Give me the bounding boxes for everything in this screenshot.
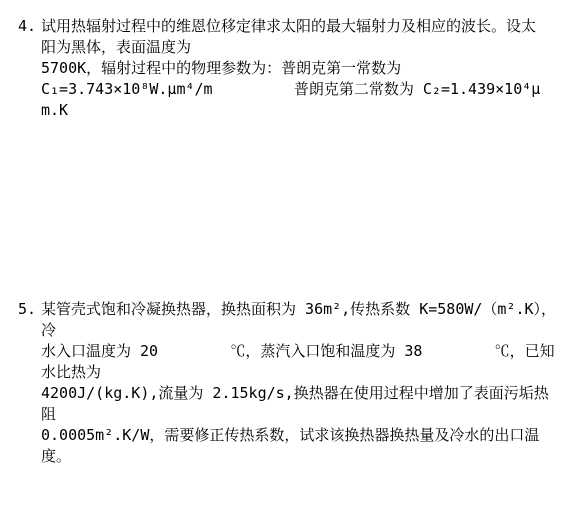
problem-5-line-1: 某管壳式饱和冷凝换热器，换热面积为 36m²,传热系数 K=580W/（m².K… bbox=[41, 299, 558, 341]
problem-5: 5. 某管壳式饱和冷凝换热器，换热面积为 36m²,传热系数 K=580W/（m… bbox=[18, 299, 558, 467]
problem-4-line-2: 阳为黑体，表面温度为 bbox=[41, 37, 558, 58]
problem-5-line-3: 4200J/(kg.K),流量为 2.15kg/s,换热器在使用过程中增加了表面… bbox=[41, 383, 558, 425]
problem-4-line-4: C₁=3.743×10⁸W.μm⁴/m 普朗克第二常数为 C₂=1.439×10… bbox=[41, 79, 558, 121]
problem-5-line-2: 水入口温度为 20 ℃，蒸汽入口饱和温度为 38 ℃，已知水比热为 bbox=[41, 341, 558, 383]
problem-4-line-3: 5700K，辐射过程中的物理参数为：普朗克第一常数为 bbox=[41, 58, 558, 79]
problem-5-text: 某管壳式饱和冷凝换热器，换热面积为 36m²,传热系数 K=580W/（m².K… bbox=[41, 299, 558, 467]
problem-5-number: 5. bbox=[18, 299, 41, 320]
problem-5-line-4: 0.0005m².K/W，需要修正传热系数，试求该换热器换热量及冷水的出口温度。 bbox=[41, 425, 558, 467]
problem-4: 4. 试用热辐射过程中的维恩位移定律求太阳的最大辐射力及相应的波长。设太 阳为黑… bbox=[18, 16, 558, 121]
problem-4-text: 试用热辐射过程中的维恩位移定律求太阳的最大辐射力及相应的波长。设太 阳为黑体，表… bbox=[41, 16, 558, 121]
problem-4-line-1: 试用热辐射过程中的维恩位移定律求太阳的最大辐射力及相应的波长。设太 bbox=[41, 16, 558, 37]
problem-4-number: 4. bbox=[18, 16, 41, 37]
